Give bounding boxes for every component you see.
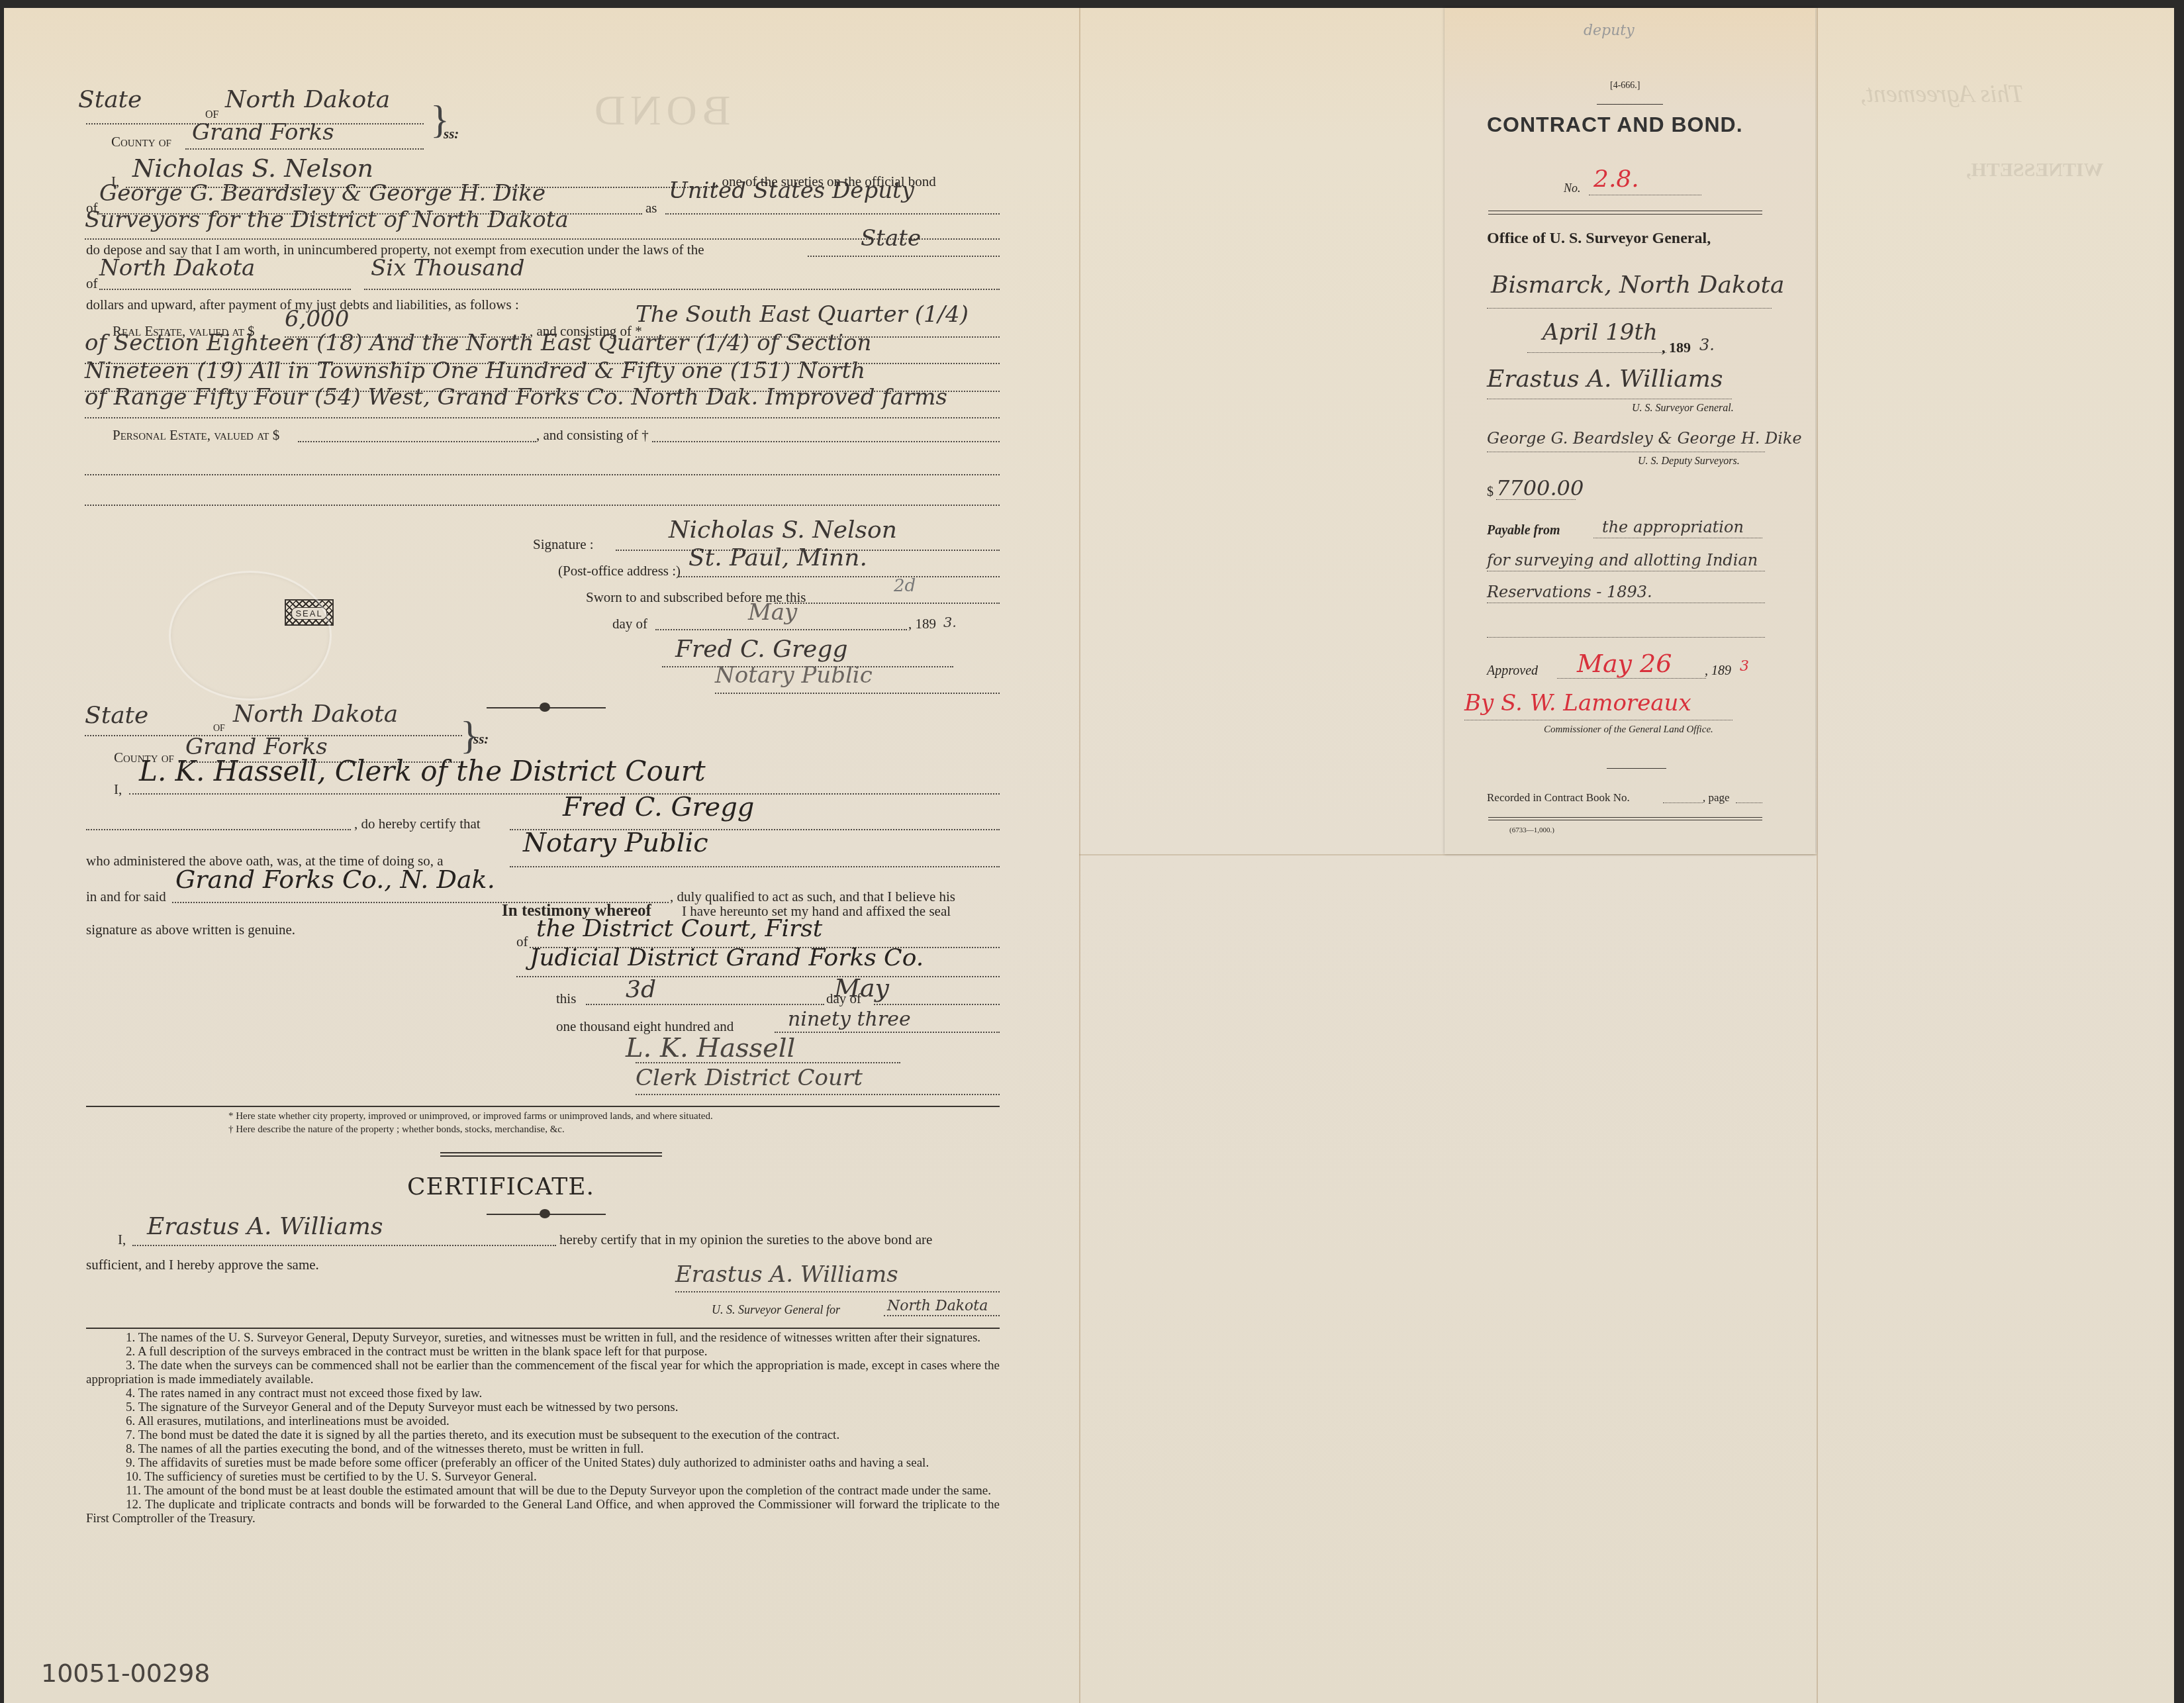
certify-label: , do hereby certify that: [354, 816, 481, 832]
approved-label: Approved: [1487, 663, 1538, 679]
ss-label: ss:: [444, 126, 459, 142]
state-value: North Dakota: [233, 701, 398, 728]
ghost-witnesseth: WITNESSETH,: [1966, 159, 2104, 181]
genuine-text: signature as above written is genuine.: [86, 922, 295, 938]
certificate-title: CERTIFICATE.: [407, 1173, 594, 1200]
payable-line-1: the appropriation: [1602, 518, 1744, 536]
cover-title: CONTRACT AND BOND.: [1487, 113, 1743, 137]
ghost-agreement-title: This Agreement,: [1860, 79, 2024, 109]
archive-id: 10051-00298: [41, 1659, 210, 1688]
surveyor-general-name: Erastus A. Williams: [1487, 365, 1723, 393]
year-suffix: 3.: [943, 614, 957, 630]
year-prefix: , 189: [1662, 339, 1691, 356]
as-label: as: [645, 200, 657, 217]
notary-emboss-seal: [169, 571, 332, 701]
instruction-item: 4. The rates named in any contract must …: [86, 1387, 1000, 1400]
clerk-signature: L. K. Hassell: [626, 1033, 795, 1063]
notary-name: Fred C. Gregg: [563, 792, 754, 822]
capacity-line-2: Surveyors for the District of North Dako…: [85, 207, 569, 233]
of-label: of: [516, 934, 528, 950]
clerk-title: Clerk District Court: [636, 1065, 863, 1091]
certifier-signature: Erastus A. Williams: [675, 1261, 898, 1288]
state-label: State: [85, 702, 148, 729]
personal-estate-label: Personal Estate, valued at $: [113, 427, 279, 444]
county-label: County of: [111, 134, 171, 150]
notary-office: Notary Public: [523, 828, 708, 858]
certifier-title: U. S. Surveyor General for: [712, 1303, 840, 1317]
year-suffix: 3.: [1699, 336, 1715, 354]
number-label: No.: [1564, 181, 1581, 195]
year-prefix: , 189: [1705, 663, 1731, 679]
divider: [1607, 768, 1666, 769]
instruction-item: 12. The duplicate and triplicate contrac…: [86, 1498, 1000, 1526]
instruction-item: 7. The bond must be dated the date it is…: [86, 1428, 1000, 1442]
year-suffix: 3: [1740, 658, 1749, 675]
state-label: State: [78, 86, 142, 113]
instruction-item: 6. All erasures, mutilations, and interl…: [86, 1414, 1000, 1428]
page-label: , page: [1703, 791, 1730, 804]
laws-of-value: State: [861, 225, 921, 252]
real-estate-desc-3: Nineteen (19) All in Township One Hundre…: [85, 358, 865, 384]
clerk-year-words: ninety three: [788, 1008, 911, 1031]
i-label: I,: [118, 1232, 126, 1248]
form-number: [4-666.]: [1610, 81, 1640, 91]
certifier-name: Erastus A. Williams: [147, 1213, 383, 1240]
recorded-label: Recorded in Contract Book No.: [1487, 791, 1630, 804]
in-and-for-label: in and for said: [86, 889, 166, 905]
deputy-surveyors: George G. Beardsley & George H. Dike: [1487, 429, 1802, 448]
sworn-month: May: [748, 599, 797, 626]
office-heading: Office of U. S. Surveyor General,: [1487, 230, 1711, 248]
laws-state: North Dakota: [99, 255, 255, 281]
real-estate-desc-4: of Range Fifty Four (54) West, Grand For…: [85, 384, 947, 411]
real-estate-desc-2: of Section Eighteen (18) And the North E…: [85, 330, 871, 356]
surveyor-general-title: U. S. Surveyor General.: [1632, 403, 1734, 414]
this-label: this: [556, 991, 576, 1007]
ornament-icon: [540, 703, 550, 712]
county-value: Grand Forks: [192, 119, 334, 146]
double-rule: [1488, 211, 1762, 211]
state-value: North Dakota: [225, 86, 390, 113]
real-estate-desc-1: The South East Quarter (1/4): [636, 301, 969, 328]
instruction-item: 2. A full description of the surveys emb…: [86, 1345, 1000, 1359]
fold-line: [1079, 8, 1080, 1703]
instruction-item: 1. The names of the U. S. Surveyor Gener…: [86, 1331, 1000, 1345]
contract-amount: 7700.00: [1496, 475, 1584, 501]
double-rule: [1488, 214, 1762, 215]
year-prefix: , 189: [908, 616, 936, 632]
instruction-item: 3. The date when the surveys can be comm…: [86, 1359, 1000, 1387]
capacity-line-1: United States Deputy: [669, 177, 914, 204]
commissioner-title: Commissioner of the General Land Office.: [1544, 724, 1713, 736]
amount-words: Six Thousand: [371, 255, 524, 281]
postoffice-value: St. Paul, Minn.: [688, 544, 867, 571]
divider: [86, 1106, 1000, 1107]
fold-line: [1079, 854, 1817, 855]
deputy-surveyors-title: U. S. Deputy Surveyors.: [1638, 456, 1740, 467]
double-rule: [440, 1155, 662, 1157]
real-estate-value: 6,000: [285, 306, 349, 332]
approved-by: By S. W. Lamoreaux: [1464, 690, 1691, 716]
instruction-item: 8. The names of all the parties executin…: [86, 1442, 1000, 1456]
divider: [86, 1328, 1000, 1329]
notary-title: Notary Public: [715, 662, 873, 689]
footnote-personal-estate: † Here describe the nature of the proper…: [228, 1124, 565, 1136]
place: Bismarck, North Dakota: [1491, 271, 1784, 299]
payable-line-2: for surveying and allotting Indian: [1487, 551, 1758, 569]
seal-of-line-2: Judicial District Grand Forks Co.: [530, 944, 924, 971]
instruction-item: 9. The affidavits of sureties must be ma…: [86, 1456, 1000, 1470]
clerk-month: May: [834, 973, 889, 1002]
signature-label: Signature :: [533, 536, 594, 553]
surety-signature: Nicholas S. Nelson: [669, 516, 897, 544]
pencil-note: deputy: [1584, 23, 1635, 39]
of-label: of: [86, 275, 98, 292]
ornament-icon: [540, 1209, 550, 1218]
certifier-district: North Dakota: [887, 1298, 988, 1314]
sworn-day: 2d: [894, 576, 916, 596]
footnote-real-estate: * Here state whether city property, impr…: [228, 1111, 713, 1122]
notary-signature: Fred C. Gregg: [675, 636, 848, 663]
payable-label: Payable from: [1487, 523, 1560, 538]
seal-of-line-1: the District Court, First: [536, 915, 822, 942]
dollar-sign: $: [1487, 485, 1494, 500]
instruction-item: 5. The signature of the Surveyor General…: [86, 1400, 1000, 1414]
personal-consisting-label: , and consisting of †: [536, 427, 649, 444]
clerk-day: 3d: [626, 976, 656, 1003]
contract-date: April 19th: [1543, 319, 1658, 346]
principals: George G. Beardsley & George H. Dike: [99, 180, 546, 207]
approve-text: sufficient, and I hereby approve the sam…: [86, 1257, 319, 1273]
contract-cover: deputy [4-666.] CONTRACT AND BOND. No. 2…: [1445, 8, 1815, 854]
instructions-list: 1. The names of the U. S. Surveyor Gener…: [86, 1331, 1000, 1526]
double-rule: [1488, 820, 1762, 820]
print-code: (6733—1,000.): [1509, 826, 1554, 834]
i-label: I,: [114, 781, 122, 798]
fold-line: [1817, 8, 1818, 1703]
double-rule: [1488, 817, 1762, 818]
day-of-label: day of: [612, 616, 647, 632]
payable-line-3: Reservations - 1893.: [1487, 583, 1652, 601]
of-label: OF: [213, 724, 225, 734]
instruction-item: 10. The sufficiency of sureties must be …: [86, 1470, 1000, 1484]
contract-number: 2.8.: [1593, 166, 1639, 193]
certify-text: hereby certify that in my opinion the su…: [559, 1232, 932, 1248]
divider: [1597, 104, 1663, 105]
jurisdiction: Grand Forks Co., N. Dak.: [175, 865, 495, 894]
clerk-line: L. K. Hassell, Clerk of the District Cou…: [139, 755, 706, 787]
surety-name: Nicholas S. Nelson: [132, 154, 373, 183]
ss-label: ss:: [473, 731, 489, 748]
postoffice-label: (Post-office address :): [558, 563, 681, 579]
double-rule: [440, 1152, 662, 1153]
ghost-bond-title: BOND: [589, 86, 730, 135]
instruction-item: 11. The amount of the bond must be at le…: [86, 1484, 1000, 1498]
approved-date: May 26: [1577, 649, 1672, 678]
